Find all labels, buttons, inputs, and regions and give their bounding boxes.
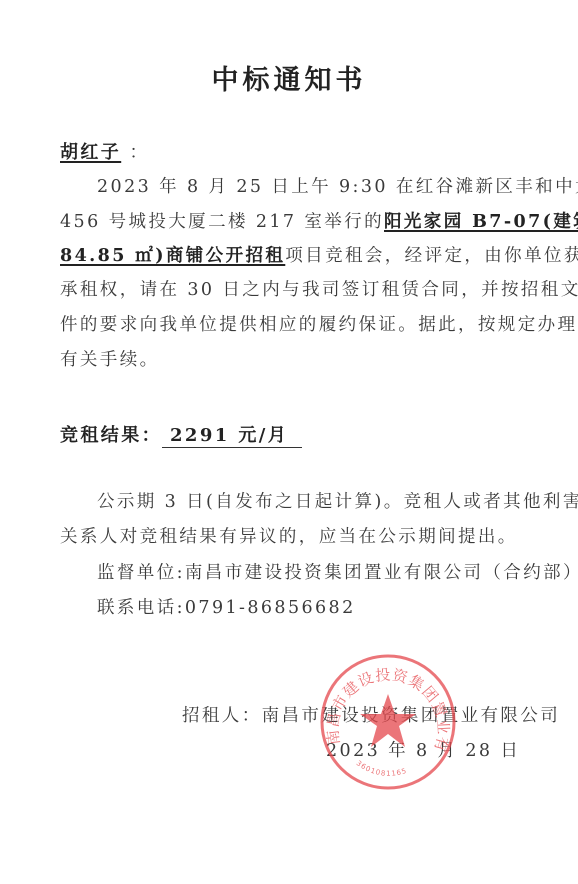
project-name-part1: 阳光家园 B7-07(建筑面积 [384,212,578,232]
greeting-colon: ： [121,142,150,163]
notice-line-1: 公示期 3 日(自发布之日起计算)。竞租人或者其他利害 [97,490,578,514]
recipient-name: 胡红子 [60,142,121,163]
body-line-2-text: 456 号城投大厦二楼 217 室举行的 [60,212,384,232]
body-line-6: 有关手续。 [60,348,160,372]
body-line-2: 456 号城投大厦二楼 217 室举行的阳光家园 B7-07(建筑面积 [60,210,578,234]
body-line-5: 件的要求向我单位提供相应的履约保证。据此，按规定办理 [60,313,577,337]
recipient-greeting: 胡红子 ： [60,141,150,165]
body-line-4: 承租权，请在 30 日之内与我司签订租赁合同，并按招租文 [60,278,578,302]
issue-date: 2023 年 8 月 28 日 [326,739,520,763]
body-line-3-text: 项目竞租会，经评定，由你单位获得 [285,246,578,266]
page-title: 中标通知书 [0,58,578,97]
phone-line: 联系电话:0791-86856682 [97,596,356,620]
body-line-3: 84.85 ㎡)商铺公开招租项目竞租会，经评定，由你单位获得 [60,244,578,268]
body-line-1: 2023 年 8 月 25 日上午 9:30 在红谷滩新区丰和中大道 [97,175,578,199]
project-name-part2: 84.85 ㎡)商铺公开招租 [60,246,285,266]
bid-result-label: 竞租结果： [60,425,162,446]
notice-line-2: 关系人对竞租结果有异议的，应当在公示期间提出。 [60,525,518,549]
signer-line: 招租人：南昌市建设投资集团置业有限公司 [182,704,560,728]
supervisor-line: 监督单位:南昌市建设投资集团置业有限公司（合约部） [97,561,578,585]
bid-result-value: 2291 元/月 [162,425,302,448]
bid-result: 竞租结果：2291 元/月 [60,424,302,448]
